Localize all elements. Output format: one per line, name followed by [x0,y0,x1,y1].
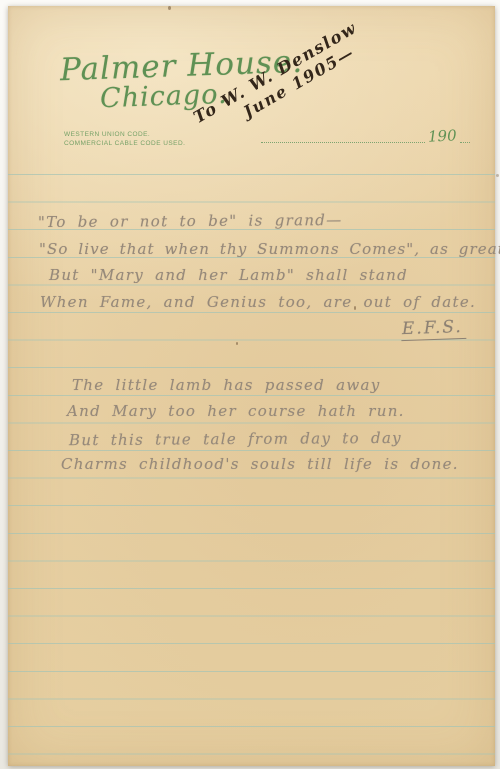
poem-stanza2-line2: And Mary too her course hath run. [67,402,405,420]
date-dotted-rule [460,127,470,143]
paper-speck [496,174,499,177]
date-year-prefix: 190 [425,128,460,144]
poem-stanza2-line1: The little lamb has passed away [72,376,381,394]
paper-speck [236,342,238,345]
poem-stanza2-line4: Charms childhood's souls till life is do… [61,455,459,473]
cable-code-line-2: COMMERCIAL CABLE CODE USED. [64,140,185,149]
paper-speck [168,6,171,10]
letterhead-cable-codes: WESTERN UNION CODE. COMMERCIAL CABLE COD… [64,131,185,148]
paper-speck [354,306,356,310]
poem-stanza1-line4: When Fame, and Genius too, are out of da… [40,293,476,311]
letter-paper: Palmer House. Chicago. WESTERN UNION COD… [8,6,495,766]
date-line: 190 [261,126,470,143]
poem-stanza1-line3: But "Mary and her Lamb" shall stand [49,266,408,284]
cable-code-line-1: WESTERN UNION CODE. [64,131,185,140]
date-dotted-rule [261,127,425,143]
poem-stanza1-line1: "To be or not to be" is grand— [38,211,343,231]
signature-initials: E.F.S. [401,317,467,341]
scanned-letter: Palmer House. Chicago. WESTERN UNION COD… [0,0,500,769]
poem-stanza2-line3: But this true tale from day to day [69,429,402,449]
poem-stanza1-line2: "So live that when thy Summons Comes", a… [39,240,500,258]
